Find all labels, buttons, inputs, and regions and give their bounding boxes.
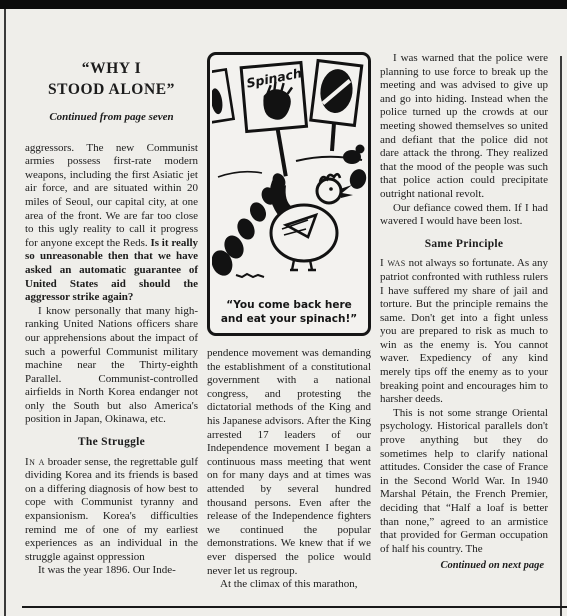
cartoon-caption-line2: and eat your spinach!” <box>210 312 368 326</box>
section-heading-same-principle: Same Principle <box>380 238 548 252</box>
article-body: “WHY I STOOD ALONE” Continued from page … <box>25 52 548 592</box>
cartoon-panel: Spinach <box>207 52 371 336</box>
column-right: I was warned that the police were planni… <box>380 52 548 592</box>
cartoon-caption: “You come back here and eat your spinach… <box>210 298 368 326</box>
left-column-rule <box>4 9 6 616</box>
continued-on-next-page-note: Continued on next page <box>380 559 548 573</box>
page-title-line2: STOOD ALONE” <box>25 79 198 100</box>
scanned-magazine-page: { "page": { "title_line1": "“WHY I", "ti… <box>0 0 567 616</box>
paragraph-text: broader sense, the regrettable gulf divi… <box>25 456 198 563</box>
paragraph-text: aggressors. The new Communist armies pos… <box>25 142 198 249</box>
bottom-page-rule <box>22 606 567 608</box>
cartoon-caption-line1: “You come back here <box>210 298 368 312</box>
continued-from-note: Continued from page seven <box>25 111 198 125</box>
paragraph-lead: I was <box>380 257 406 269</box>
page-title: “WHY I STOOD ALONE” <box>25 58 198 100</box>
page-title-line1: “WHY I <box>25 58 198 79</box>
paragraph: This is not some strange Oriental psycho… <box>380 407 548 557</box>
paragraph: aggressors. The new Communist armies pos… <box>25 142 198 305</box>
paragraph: In a broader sense, the regrettable gulf… <box>25 456 198 565</box>
paragraph: I was not always so fortunate. As any pa… <box>380 257 548 407</box>
paragraph: I was warned that the police were planni… <box>380 52 548 202</box>
paragraph-text: not always so fortunate. As any patriot … <box>380 257 548 405</box>
paragraph: pendence movement was demanding the esta… <box>207 347 371 578</box>
top-black-bar <box>0 0 567 9</box>
paragraph: Our defiance cowed them. If I had wavere… <box>380 202 548 229</box>
paragraph-lead: In a <box>25 456 45 468</box>
paragraph: I know personally that many high-ranking… <box>25 305 198 427</box>
paragraph: At the climax of this marathon, <box>207 578 371 592</box>
paragraph: It was the year 1896. Our Inde- <box>25 564 198 578</box>
column-left: “WHY I STOOD ALONE” Continued from page … <box>25 52 198 592</box>
cartoon-illustration: Spinach <box>212 57 368 293</box>
column-middle: Spinach <box>207 52 371 592</box>
section-heading-the-struggle: The Struggle <box>25 436 198 450</box>
right-column-rule <box>560 56 562 616</box>
